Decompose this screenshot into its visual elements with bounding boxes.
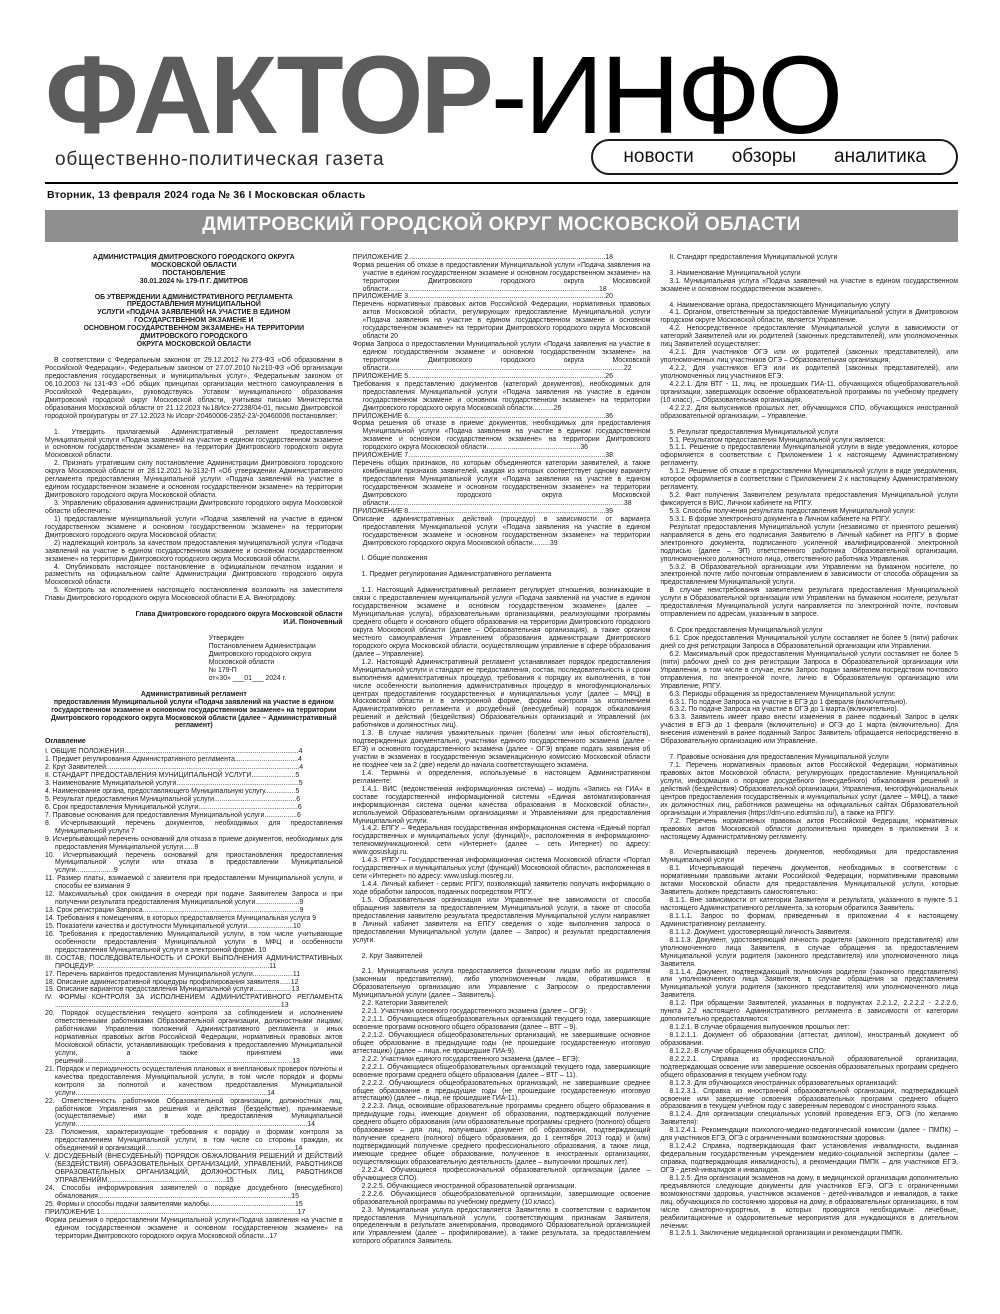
toc-item: 24. Способы информирования заявителей о …: [45, 1185, 343, 1201]
paragraph: 5.1.2. Решение об отказе в предоставлени…: [660, 468, 958, 492]
paragraph: 5.2. Факт получения Заявителем результат…: [660, 492, 958, 508]
paragraph: 2.2.1.2. Обучающиеся общеобразовательных…: [353, 1032, 651, 1056]
article-columns: АДМИНИСТРАЦИЯ ДМИТРОВСКОГО ГОРОДСКОГО ОК…: [45, 254, 958, 1247]
column-3: II. Стандарт предоставления Муниципально…: [660, 254, 958, 1247]
toc-item: 21. Порядок и периодичность осуществлени…: [45, 1066, 343, 1098]
toc-item: 13. Срок регистрации Запроса............…: [45, 907, 343, 915]
toc-item: Требования к представлению документов (к…: [353, 381, 651, 413]
paragraph: 8.1.2.5.1. Заключение медицинской органи…: [660, 1230, 958, 1238]
toc-item: 12. Максимальный срок ожидания в очереди…: [45, 891, 343, 907]
paragraph: 8.1.2.2. В случае обращения обучающихся …: [660, 1048, 958, 1056]
paragraph: 2. Признать утратившим силу постановлени…: [45, 460, 343, 500]
toc-item: Форма решения об отказе в приеме докумен…: [353, 420, 651, 452]
paragraph: 4.2.1. Для участников ОГЭ или их родител…: [660, 349, 958, 365]
masthead-divider: [45, 182, 958, 184]
toc-item: V. ДОСУДЕБНЫЙ (ВНЕСУДЕБНЫЙ) ПОРЯДОК ОБЖА…: [45, 1153, 343, 1185]
paragraph: 6.1. Срок предоставления Муниципальной у…: [660, 635, 958, 651]
paragraph: Результат предоставления Муниципальной у…: [660, 524, 958, 564]
paragraph: В соответствии с Федеральным законом от …: [45, 357, 343, 421]
paragraph: 8.2.2.2.1. Справка из профессиональной о…: [660, 1056, 958, 1080]
toc-item: 20. Порядок осуществления текущего контр…: [45, 1010, 343, 1066]
toc-item: Описание административных действий (проц…: [353, 516, 651, 548]
section-heading: I. Общие положения: [353, 555, 651, 563]
masthead-subtitle: общественно-политическая газета: [45, 149, 384, 171]
toc-item: 19. Описание вариантов предоставления Му…: [45, 986, 343, 994]
toc-item: 5. Результат предоставления Муниципально…: [45, 796, 343, 804]
toc-item: 8. Исчерпывающий перечень документов, не…: [45, 820, 343, 836]
toc-item: I. ОБЩИЕ ПОЛОЖЕНИЯ......................…: [45, 748, 343, 756]
toc-item: Форма решения об отказе в предоставлении…: [353, 262, 651, 294]
paragraph: 1.4.4. Личный кабинет - сервис РПГУ, поз…: [353, 881, 651, 897]
section-heading: 3. Наименование Муниципальной услуги: [660, 270, 958, 278]
paragraph: 2.2.2.5. Обучающиеся иностранной образов…: [353, 1183, 651, 1191]
paragraph: 5.3. Способы получения результата предос…: [660, 508, 958, 516]
toc-item: ПРИЛОЖЕНИЕ 5............................…: [353, 373, 651, 381]
paragraph: II. Стандарт предоставления Муниципально…: [660, 254, 958, 262]
dateline: Вторник, 13 февраля 2024 года № 36 I Мос…: [47, 189, 958, 201]
column-2: ПРИЛОЖЕНИЕ 2............................…: [353, 254, 651, 1247]
toc-item: 9. Исчерпывающий перечень оснований для …: [45, 836, 343, 852]
section-heading: 6. Срок предоставления Муниципальной усл…: [660, 627, 958, 635]
paragraph: 5. Контроль за исполнением настоящего по…: [45, 587, 343, 603]
toc-item: Форма Запроса о предоставлении Муниципал…: [353, 341, 651, 373]
toc-item: 17. Перечень вариантов предоставления Му…: [45, 971, 343, 979]
paragraph: 1.1. Настоящий Административный регламен…: [353, 587, 651, 658]
paragraph: 4.2.2. Для участников ЕГЭ или их родител…: [660, 365, 958, 381]
toc-item: ПРИЛОЖЕНИЕ 2............................…: [353, 254, 651, 262]
paragraph: 2.2.2.3. Лица, освоившие образовательные…: [353, 1103, 651, 1167]
column-1: АДМИНИСТРАЦИЯ ДМИТРОВСКОГО ГОРОДСКОГО ОК…: [45, 254, 343, 1247]
toc-item: 6. Срок предоставления Муниципальной усл…: [45, 804, 343, 812]
toc-item: 25. Формы и способы подачи заявителями ж…: [45, 1201, 343, 1209]
toc-item: 16. Требования к предоставлению Муниципа…: [45, 931, 343, 955]
paragraph: 5.1.1. Решение о предоставлении Муниципа…: [660, 444, 958, 468]
paragraph: 8.1.2.3.1. Справка из иностранной образо…: [660, 1088, 958, 1112]
paragraph: 4. Опубликовать настоящее постановление …: [45, 564, 343, 588]
section-heading: 8. Исчерпывающий перечень документов, не…: [660, 849, 958, 865]
paragraph: 6.3. Периоды обращения за предоставление…: [660, 691, 958, 699]
toc-item: 22. Ответственность работников Образоват…: [45, 1098, 343, 1130]
paragraph: 4.2.2.2. Для выпускников прошлых лет, об…: [660, 405, 958, 421]
paragraph: 1.4.3. РПГУ – Государственная информацио…: [353, 857, 651, 881]
toc-item: Форма решения о предоставлении Муниципал…: [45, 1217, 343, 1241]
paragraph: 3.1. Муниципальная услуга «Подача заявле…: [660, 278, 958, 294]
toc-item: 3. Наименование Муниципальной услуги....…: [45, 780, 343, 788]
paragraph: 1.4.2. ЕПГУ – Федеральная государственна…: [353, 825, 651, 857]
toc-item: 15. Показатели качества и доступности Му…: [45, 923, 343, 931]
topic-reviews: обзоры: [732, 146, 796, 168]
paragraph: 8.1.1. Вне зависимости от категории Заяв…: [660, 897, 958, 913]
toc-item: ПРИЛОЖЕНИЕ 1............................…: [45, 1209, 343, 1217]
toc-item: 7. Правовые основания для предоставления…: [45, 812, 343, 820]
section-heading: 1. Предмет регулирования Административно…: [353, 571, 651, 579]
doc-heading: ОБ УТВЕРЖДЕНИИ АДМИНИСТРАТИВНОГО РЕГЛАМЕ…: [45, 294, 343, 350]
paragraph: 4.2.2.1. Для ВТГ - 11, лиц, не прошедших…: [660, 381, 958, 405]
paragraph: 8.1.1.2. Документ, удостоверяющий личнос…: [660, 929, 958, 937]
topics-pill: новости обзоры аналитика: [591, 139, 958, 175]
doc-heading: АДМИНИСТРАЦИЯ ДМИТРОВСКОГО ГОРОДСКОГО ОК…: [45, 254, 343, 286]
paragraph: 1.2. Настоящий Административный регламен…: [353, 659, 651, 730]
toc-item: III. СОСТАВ, ПОСЛЕДОВАТЕЛЬНОСТЬ И СРОКИ …: [45, 955, 343, 971]
section-heading: 5. Результат предоставления Муниципально…: [660, 429, 958, 437]
paragraph: 8.1.2.5. Для организации экзаменов на до…: [660, 1175, 958, 1231]
paragraph: 2.3. Муниципальная услуга предоставляетс…: [353, 1207, 651, 1247]
masthead-title-info: ИНФО: [525, 48, 841, 145]
paragraph: 2.1. Муниципальная услуга предоставляетс…: [353, 968, 651, 1000]
toc-item: 11. Размер платы, взимаемой с заявителя …: [45, 875, 343, 891]
paragraph: 4.1. Органом, ответственным за предостав…: [660, 309, 958, 325]
paragraph: 2.2.2. Участники единого государственног…: [353, 1056, 651, 1064]
paragraph: 2.2.1. Участники основного государственн…: [353, 1008, 651, 1016]
doc-heading: Административный регламент предоставлени…: [45, 691, 343, 731]
paragraph: 8.1.2. При обращении Заявителей, указанн…: [660, 1000, 958, 1024]
paragraph: 1.5. Образовательная организация или Упр…: [353, 897, 651, 945]
section-heading: 2. Круг Заявителей: [353, 953, 651, 961]
paragraph: 1) предоставление муниципальной услуги «…: [45, 516, 343, 540]
paragraph: 5.3.2. В Образовательной организации или…: [660, 564, 958, 588]
toc-item: II. СТАНДАРТ ПРЕДОСТАВЛЕНИЯ МУНИЦИПАЛЬНО…: [45, 772, 343, 780]
toc-item: 2. Круг Заявителей......................…: [45, 764, 343, 772]
paragraph: 8.1.2.3. Для обучающихся иностранных обр…: [660, 1080, 958, 1088]
masthead-title: ФАКТОР-ИНФО: [45, 48, 958, 145]
toc-item: 10. Исчерпывающий перечень оснований для…: [45, 852, 343, 876]
toc-item: IV. ФОРМЫ КОНТРОЛЯ ЗА ИСПОЛНЕНИЕМ АДМИНИ…: [45, 994, 343, 1010]
paragraph: 7.1. Перечень нормативных правовых актов…: [660, 762, 958, 818]
region-banner: ДМИТРОВСКИЙ ГОРОДСКОЙ ОКРУГ МОСКОВСКОЙ О…: [45, 210, 958, 242]
toc-item: 14. Требования к помещениям, в которых п…: [45, 915, 343, 923]
paragraph: 6.3.1. По подаче Запроса на участие в ЕГ…: [660, 699, 958, 707]
paragraph: 2.2.2.4. Обучающиеся профессиональной об…: [353, 1167, 651, 1183]
paragraph: 8.1. Исчерпывающий перечень документов, …: [660, 865, 958, 897]
topic-analytics: аналитика: [834, 146, 926, 168]
paragraph: 2.2. Категории Заявителей:: [353, 1000, 651, 1008]
paragraph: 2.2.2.2. Обучающиеся общеобразовательных…: [353, 1080, 651, 1104]
paragraph: 2.2.1.1. Обучающиеся общеобразовательных…: [353, 1016, 651, 1032]
paragraph: 8.1.2.4. Для организации специальных усл…: [660, 1111, 958, 1127]
topic-news: новости: [623, 146, 693, 168]
paragraph: 8.1.2.4.1. Рекомендации психолого-медико…: [660, 1127, 958, 1143]
masthead-title-factor: ФАКТОР: [45, 48, 491, 145]
paragraph: 8.1.2.4.2 Справка, подтверждающая факт у…: [660, 1143, 958, 1175]
paragraph: 8.1.2.1. В случае обращения выпускников …: [660, 1024, 958, 1032]
masthead: ФАКТОР-ИНФО общественно-политическая газ…: [45, 48, 958, 175]
masthead-title-dash: -: [491, 48, 525, 145]
paragraph: 2.2.2.6. Обучающиеся общеобразовательной…: [353, 1191, 651, 1207]
paragraph: 1.3. В случае наличия уважительных причи…: [353, 730, 651, 770]
toc-item: Перечень общих признаков, по которым объ…: [353, 460, 651, 508]
toc-item: 23. Положения, характеризующие требовани…: [45, 1129, 343, 1153]
paragraph: 3. Управлению образования администрации …: [45, 500, 343, 516]
newspaper-page: ФАКТОР-ИНФО общественно-политическая газ…: [0, 0, 1000, 1314]
paragraph: 8.1.1.3. Документ, удостоверяющий личнос…: [660, 937, 958, 969]
paragraph: 8.1.2.1.1. Документ об образовании (атте…: [660, 1032, 958, 1048]
paragraph: 4.2. Непосредственное предоставление Мун…: [660, 325, 958, 349]
signature-block: Глава Дмитровского городского округа Мос…: [45, 611, 343, 627]
paragraph: 6.3.3. Заявитель имеет право внести изме…: [660, 714, 958, 746]
paragraph: 8.1.1.4. Документ, подтверждающий полном…: [660, 969, 958, 1001]
paragraph: 5.3.1. В форме электронного документа в …: [660, 516, 958, 524]
toc-item: ПРИЛОЖЕНИЕ 8............................…: [353, 508, 651, 516]
toc-item: ПРИЛОЖЕНИЕ 7............................…: [353, 452, 651, 460]
toc-item: Перечень нормативных правовых актов Росс…: [353, 301, 651, 341]
section-heading: 1. Утвердить прилагаемый Административны…: [45, 429, 343, 461]
paragraph: 1.4. Термины и определения, используемые…: [353, 770, 651, 786]
section-label: Оглавление: [45, 738, 343, 746]
paragraph: 1.4.1. ВИС (ведомственная информационная…: [353, 786, 651, 826]
paragraph: В случае неистребования заявителем резул…: [660, 587, 958, 619]
section-heading: 7. Правовые основания для предоставления…: [660, 754, 958, 762]
paragraph: 2.2.2.1. Обучающиеся общеобразовательных…: [353, 1064, 651, 1080]
approval-block: Утвержден Постановлением Администрации Д…: [209, 635, 343, 683]
paragraph: 7.2. Перечень нормативных правовых актов…: [660, 818, 958, 842]
paragraph: 8.1.1.1. Запрос по формам, приведенным в…: [660, 913, 958, 929]
paragraph: 2) надлежащий контроль за качеством пред…: [45, 540, 343, 564]
toc-item: 4. Наименование органа, предоставляющего…: [45, 788, 343, 796]
paragraph: 6.2. Максимальный срок предоставления Му…: [660, 651, 958, 691]
